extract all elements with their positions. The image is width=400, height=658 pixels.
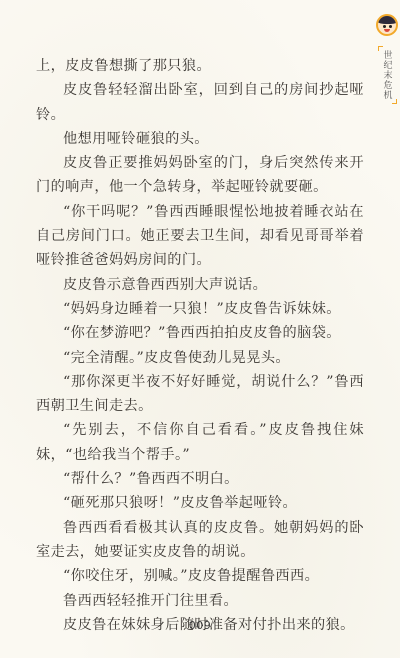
paragraph: “你干吗呢？”鲁西西睡眼惺忪地披着睡衣站在自己房间门口。她正要去卫生间，却看见哥… bbox=[36, 200, 364, 273]
paragraph: 皮皮鲁轻轻溜出卧室，回到自己的房间抄起哑铃。 bbox=[36, 78, 364, 127]
page-body-text: 上，皮皮鲁想撕了那只狼。 皮皮鲁轻轻溜出卧室，回到自己的房间抄起哑铃。 他想用哑… bbox=[36, 54, 364, 637]
paragraph: 他想用哑铃砸狼的头。 bbox=[36, 127, 364, 151]
paragraph: “帮什么？”鲁西西不明白。 bbox=[36, 467, 364, 491]
chapter-side-tab: 世纪末危机 bbox=[374, 14, 400, 104]
paragraph: 上，皮皮鲁想撕了那只狼。 bbox=[36, 54, 364, 78]
paragraph: 鲁西西轻轻推开门往里看。 bbox=[36, 589, 364, 613]
character-avatar-icon bbox=[376, 14, 398, 36]
paragraph: “你咬住牙，别喊。”皮皮鲁提醒鲁西西。 bbox=[36, 564, 364, 588]
book-section-title: 世纪末危机 bbox=[378, 46, 397, 104]
paragraph: 鲁西西看看极其认真的皮皮鲁。她朝妈妈的卧室走去，她要证实皮皮鲁的胡说。 bbox=[36, 516, 364, 565]
paragraph: “砸死那只狼呀！”皮皮鲁举起哑铃。 bbox=[36, 491, 364, 515]
paragraph: “你在梦游吧？”鲁西西拍拍皮皮鲁的脑袋。 bbox=[36, 321, 364, 345]
paragraph: 皮皮鲁正要推妈妈卧室的门，身后突然传来开门的响声，他一个急转身，举起哑铃就要砸。 bbox=[36, 151, 364, 200]
paragraph: 皮皮鲁示意鲁西西别大声说话。 bbox=[36, 273, 364, 297]
paragraph: “妈妈身边睡着一只狼！”皮皮鲁告诉妹妹。 bbox=[36, 297, 364, 321]
paragraph: “完全清醒。”皮皮鲁使劲儿晃晃头。 bbox=[36, 346, 364, 370]
paragraph: “先别去，不信你自己看看。”皮皮鲁拽住妹妹，“也给我当个帮手。” bbox=[36, 418, 364, 467]
page-number: 009 bbox=[0, 619, 400, 632]
paragraph: “那你深更半夜不好好睡觉，胡说什么？”鲁西西朝卫生间走去。 bbox=[36, 370, 364, 419]
